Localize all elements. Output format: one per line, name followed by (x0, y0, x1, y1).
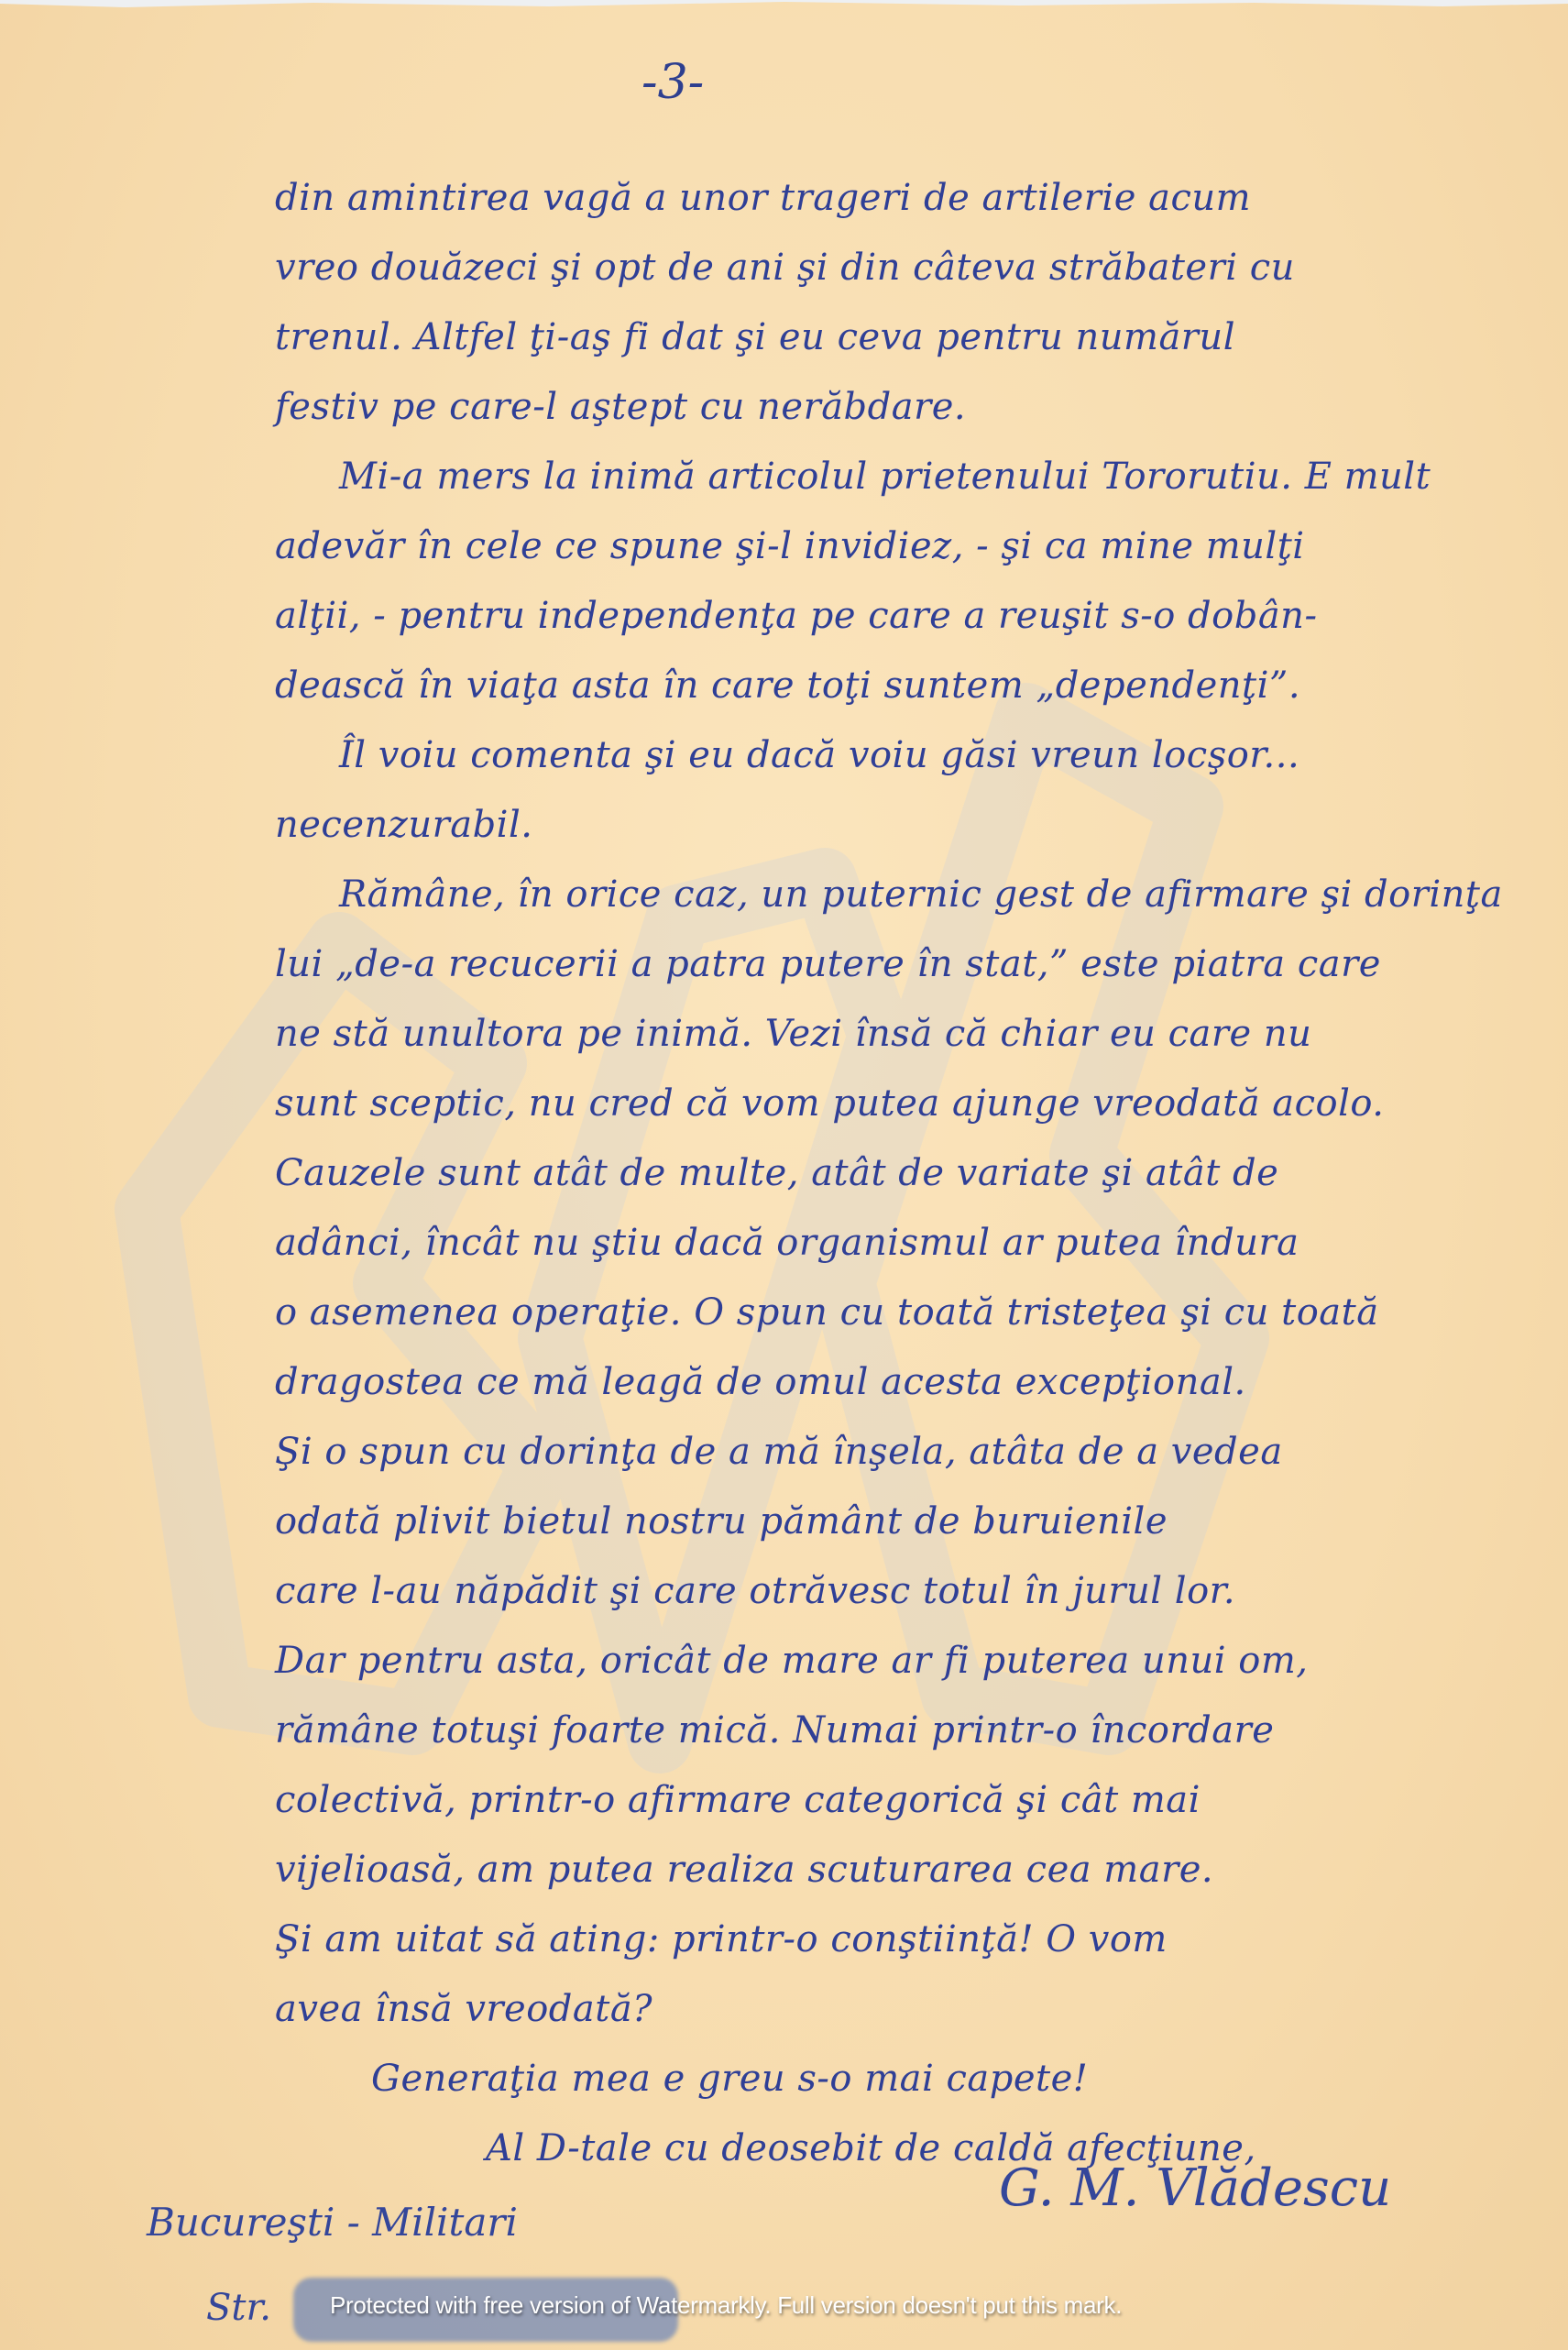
text-line: Rămâne, în orice caz, un puternic gest d… (275, 860, 1494, 929)
text-line: avea însă vreodată? (275, 1974, 1494, 2044)
place-line: Bucureşti - Militari (147, 2200, 518, 2245)
text-line: necenzurabil. (275, 790, 1494, 860)
text-line: adevăr în cele ce spune şi-l invidiez, -… (275, 511, 1494, 581)
signature: G. M. Vlădescu (999, 2158, 1391, 2218)
page-number: -3- (641, 55, 704, 110)
letter-body: din amintirea vagă a unor trageri de art… (275, 163, 1494, 2183)
text-line: adânci, încât nu ştiu dacă organismul ar… (275, 1208, 1494, 1278)
text-line: Şi o spun cu dorinţa de a mă înşela, atâ… (275, 1417, 1494, 1487)
text-line: o asemenea operaţie. O spun cu toată tri… (275, 1278, 1494, 1347)
street-line: Str. (206, 2287, 271, 2329)
text-line: sunt sceptic, nu cred că vom putea ajung… (275, 1069, 1494, 1138)
text-line: colectivă, printr-o afirmare categorică … (275, 1765, 1494, 1835)
text-line: ne stă unultora pe inimă. Vezi însă că c… (275, 999, 1494, 1069)
text-line: dragostea ce mă leagă de omul acesta exc… (275, 1347, 1494, 1417)
text-line: dească în viaţa asta în care toţi suntem… (275, 651, 1494, 720)
text-line: trenul. Altfel ţi-aş fi dat şi eu ceva p… (275, 302, 1494, 372)
text-line: festiv pe care-l aştept cu nerăbdare. (275, 372, 1494, 442)
text-line: rămâne totuşi foarte mică. Numai printr-… (275, 1696, 1494, 1765)
text-line: odată plivit bietul nostru pământ de bur… (275, 1487, 1494, 1556)
text-line: lui „de-a recucerii a patra putere în st… (275, 929, 1494, 999)
text-line: Şi am uitat să ating: printr-o conştiinţ… (275, 1905, 1494, 1974)
text-line: Cauzele sunt atât de multe, atât de vari… (275, 1138, 1494, 1208)
watermark-banner: Protected with free version of Watermark… (330, 2291, 1122, 2320)
text-line: vijelioasă, am putea realiza scuturarea … (275, 1835, 1494, 1905)
torn-paper-edge (0, 0, 1568, 9)
text-line: care l-au năpădit şi care otrăvesc totul… (275, 1556, 1494, 1626)
text-line: Îl voiu comenta şi eu dacă voiu găsi vre… (275, 720, 1494, 790)
text-line: Dar pentru asta, oricât de mare ar fi pu… (275, 1626, 1494, 1696)
letter-page: -3- din amintirea vagă a unor trageri de… (0, 0, 1568, 2350)
text-line: din amintirea vagă a unor trageri de art… (275, 163, 1494, 233)
text-line: vreo douăzeci şi opt de ani şi din câtev… (275, 233, 1494, 302)
closing-line: Generaţia mea e greu s-o mai capete! (275, 2044, 1494, 2114)
text-line: Mi-a mers la inimă articolul prietenului… (275, 442, 1494, 511)
text-line: alţii, - pentru independenţa pe care a r… (275, 581, 1494, 651)
